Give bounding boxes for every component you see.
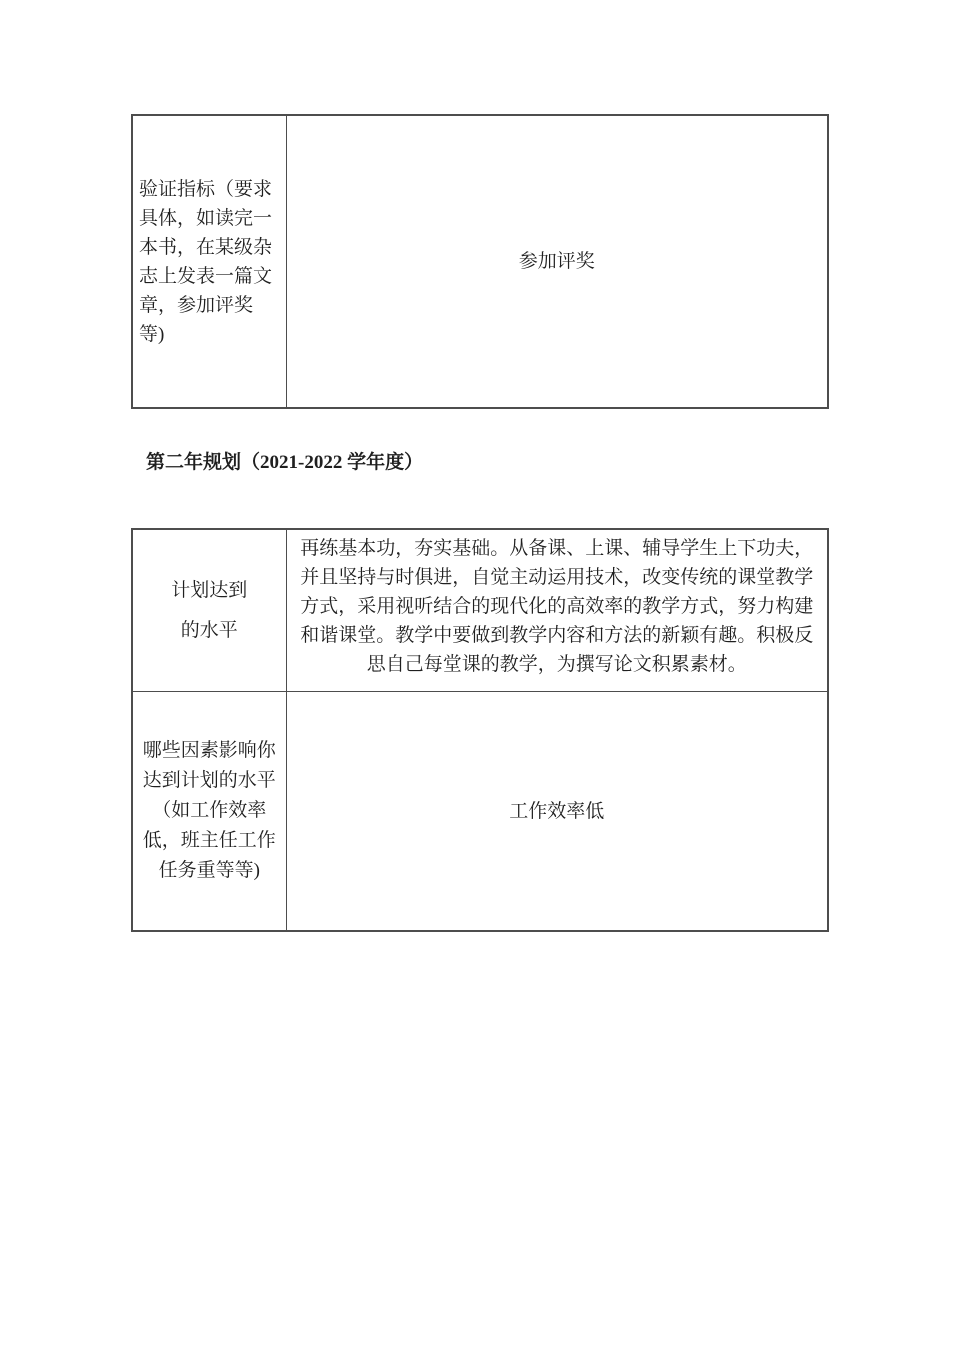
document-page: 验证指标（要求 具体，如读完一 本书，在某级杂 志上发表一篇文 章，参加评奖 等… [0, 0, 960, 1357]
table-row: 验证指标（要求 具体，如读完一 本书，在某级杂 志上发表一篇文 章，参加评奖 等… [132, 115, 828, 408]
section-heading-year2-plan: 第二年规划（2021-2022 学年度） [146, 451, 423, 475]
table-row: 计划达到 的水平 再练基本功，夯实基础。从备课、上课、辅导学生上下功夫， 并且坚… [132, 529, 828, 692]
table-row: 哪些因素影响你 达到计划的水平 （如工作效率 低，班主任工作 任务重等等) 工作… [132, 692, 828, 931]
planned-level-header-cell: 计划达到 的水平 [132, 529, 286, 692]
influencing-factors-value-cell: 工作效率低 [286, 692, 828, 931]
influencing-factors-header-cell: 哪些因素影响你 达到计划的水平 （如工作效率 低，班主任工作 任务重等等) [132, 692, 286, 931]
verification-indicator-table: 验证指标（要求 具体，如读完一 本书，在某级杂 志上发表一篇文 章，参加评奖 等… [131, 114, 829, 409]
verification-indicator-header-cell: 验证指标（要求 具体，如读完一 本书，在某级杂 志上发表一篇文 章，参加评奖 等… [132, 115, 286, 408]
year2-plan-table: 计划达到 的水平 再练基本功，夯实基础。从备课、上课、辅导学生上下功夫， 并且坚… [131, 528, 829, 932]
planned-level-value-cell: 再练基本功，夯实基础。从备课、上课、辅导学生上下功夫， 并且坚持与时俱进，自觉主… [286, 529, 828, 692]
verification-indicator-value-cell: 参加评奖 [286, 115, 828, 408]
